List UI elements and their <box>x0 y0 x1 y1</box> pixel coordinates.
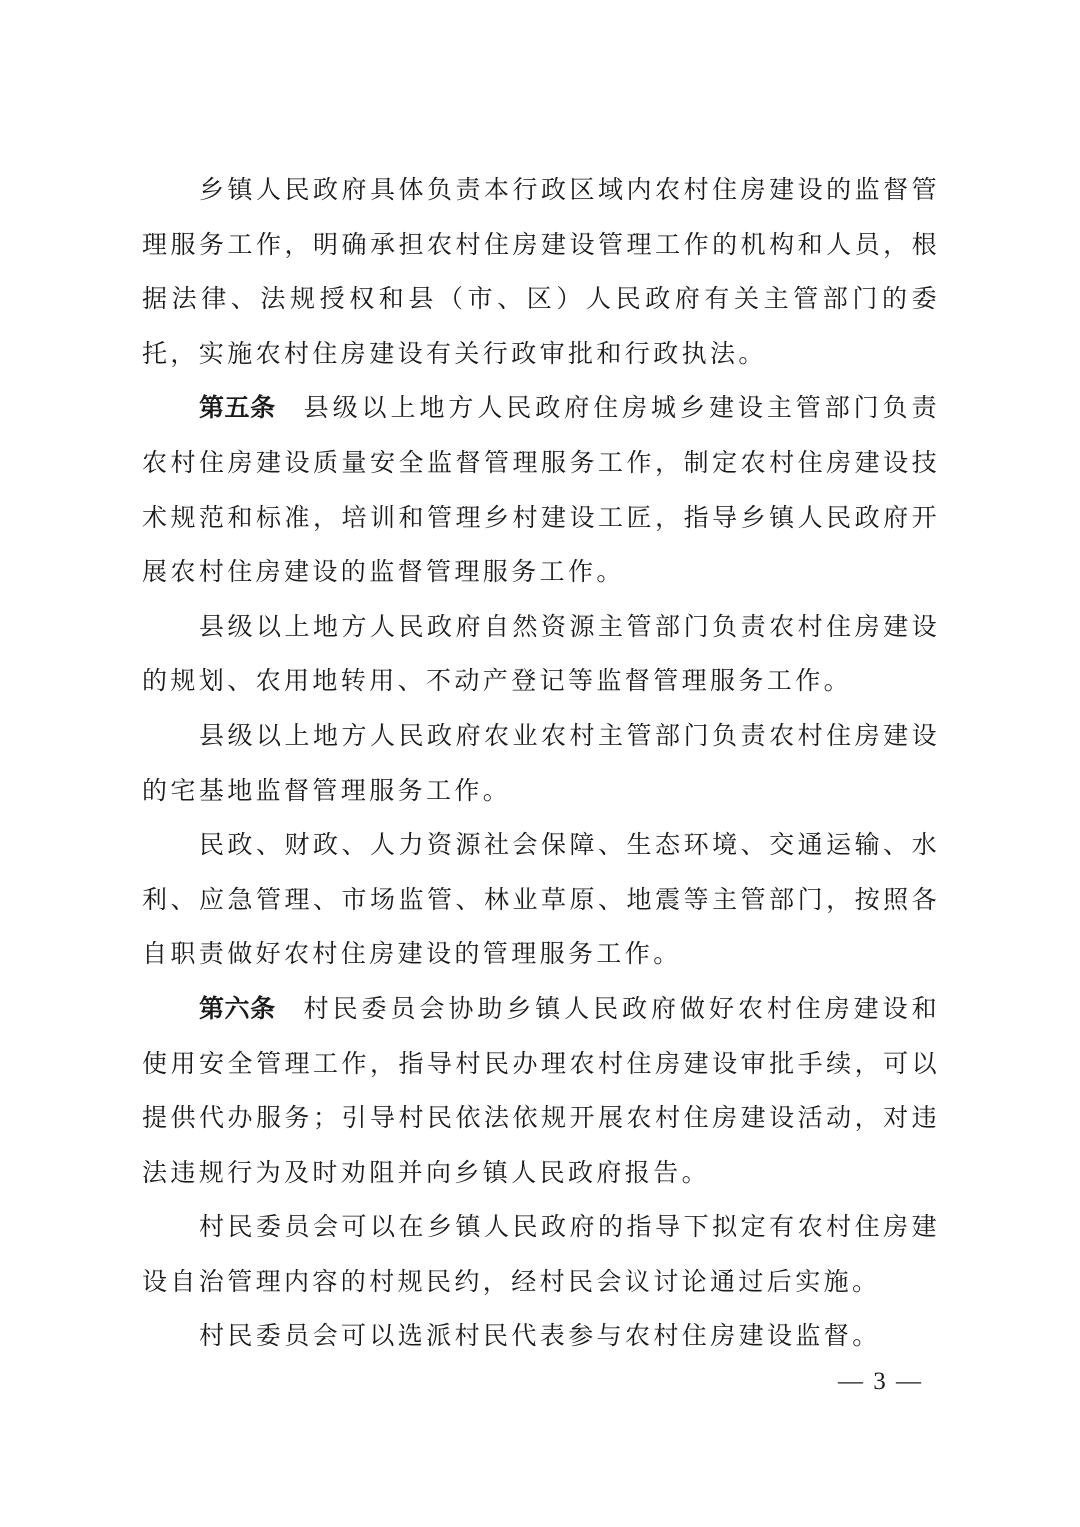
paragraph-text: 县级以上地方人民政府住房城乡建设主管部门负责农村住房建设质量安全监督管理服务工作… <box>142 393 940 586</box>
paragraph-other-departments: 民政、财政、人力资源社会保障、生态环境、交通运输、水利、应急管理、市场监管、林业… <box>142 818 940 982</box>
paragraph-village-representatives: 村民委员会可以选派村民代表参与农村住房建设监督。 <box>142 1309 940 1364</box>
paragraph-text: 村民委员会可以选派村民代表参与农村住房建设监督。 <box>199 1321 881 1350</box>
paragraph-village-rules: 村民委员会可以在乡镇人民政府的指导下拟定有农村住房建设自治管理内容的村规民约，经… <box>142 1200 940 1309</box>
paragraph-text: 县级以上地方人民政府自然资源主管部门负责农村住房建设的规划、农用地转用、不动产登… <box>142 612 940 696</box>
paragraph-township-duties: 乡镇人民政府具体负责本行政区域内农村住房建设的监督管理服务工作，明确承担农村住房… <box>142 163 940 381</box>
paragraph-agriculture: 县级以上地方人民政府农业农村主管部门负责农村住房建设的宅基地监督管理服务工作。 <box>142 709 940 818</box>
paragraph-text: 乡镇人民政府具体负责本行政区域内农村住房建设的监督管理服务工作，明确承担农村住房… <box>142 175 940 368</box>
paragraph-text: 县级以上地方人民政府农业农村主管部门负责农村住房建设的宅基地监督管理服务工作。 <box>142 721 940 805</box>
paragraph-text: 民政、财政、人力资源社会保障、生态环境、交通运输、水利、应急管理、市场监管、林业… <box>142 830 940 968</box>
document-page: 乡镇人民政府具体负责本行政区域内农村住房建设的监督管理服务工作，明确承担农村住房… <box>142 163 940 1364</box>
article-label: 第五条 <box>199 393 276 422</box>
paragraph-article-5: 第五条县级以上地方人民政府住房城乡建设主管部门负责农村住房建设质量安全监督管理服… <box>142 381 940 599</box>
article-label: 第六条 <box>199 994 276 1023</box>
paragraph-article-6: 第六条村民委员会协助乡镇人民政府做好农村住房建设和使用安全管理工作，指导村民办理… <box>142 982 940 1200</box>
paragraph-natural-resources: 县级以上地方人民政府自然资源主管部门负责农村住房建设的规划、农用地转用、不动产登… <box>142 600 940 709</box>
paragraph-text: 村民委员会可以在乡镇人民政府的指导下拟定有农村住房建设自治管理内容的村规民约，经… <box>142 1212 940 1296</box>
page-number: — 3 — <box>838 1362 923 1402</box>
